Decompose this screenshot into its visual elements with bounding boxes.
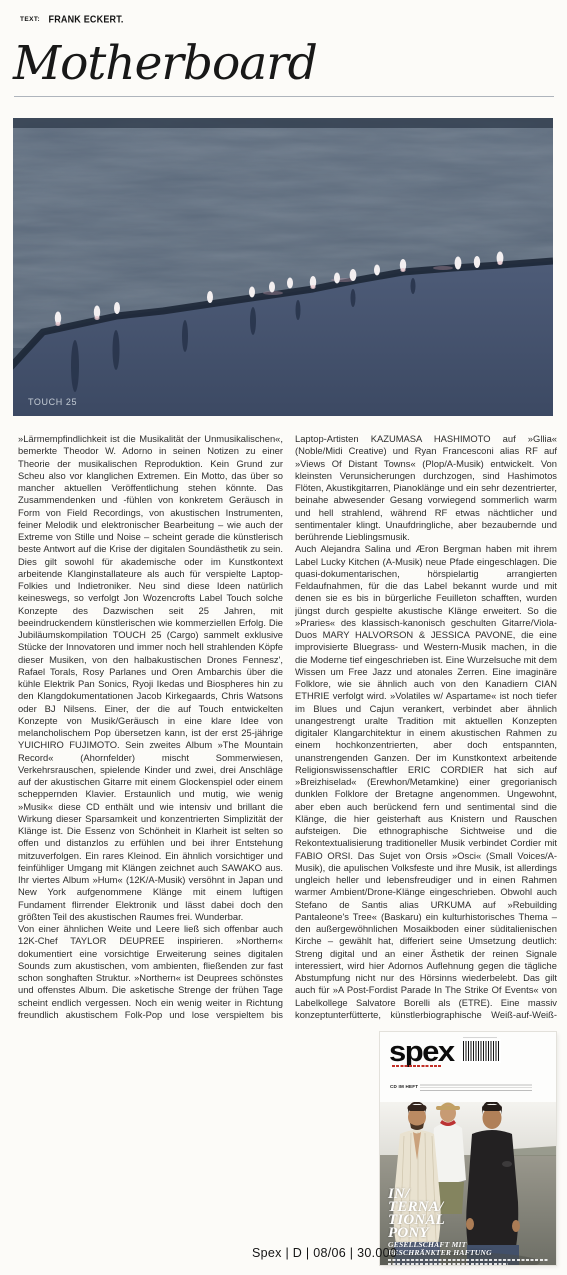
spex-tagline-decoration <box>392 1065 442 1067</box>
page-title: Motherboard <box>13 36 317 91</box>
photo-caption: TOUCH 25 <box>28 397 77 407</box>
article-column-right: Laptop-Artisten KAZUMASA HASHIMOTO auf »… <box>295 433 557 1021</box>
article-column-left: »Lärmempfindlichkeit ist die Musikalität… <box>18 433 283 1021</box>
paragraph: Auch Alejandra Salina und Æron Bergman h… <box>295 543 557 1021</box>
byline-label: TEXT: <box>20 16 40 23</box>
spex-cover: spex CD IM HEFT <box>380 1032 556 1265</box>
header-divider <box>14 96 554 97</box>
cover-artist-list-decoration <box>388 1259 548 1261</box>
cover-subtitle: GESELLSCHAFT MIT BESCHRÄNKTER HAFTUNG <box>388 1241 492 1258</box>
cover-title: IN/ TERNA/ TIONAL PONY <box>388 1188 445 1240</box>
byline: TEXT: FRANK ECKERT. <box>20 9 124 27</box>
byline-author: FRANK ECKERT. <box>49 14 124 25</box>
issue-caption: Spex | D | 08/06 | 30.000 <box>252 1246 397 1260</box>
barcode-caption-decoration <box>463 1035 497 1040</box>
cover-title-line: PONY <box>388 1227 445 1240</box>
spex-logo: spex <box>389 1035 454 1068</box>
water-birds-illustration <box>13 118 553 416</box>
magazine-page: TEXT: FRANK ECKERT. Motherboard <box>0 0 567 1275</box>
paragraph: Laptop-Artisten KAZUMASA HASHIMOTO auf »… <box>295 433 557 543</box>
cd-note-smallprint-decoration <box>420 1083 532 1091</box>
barcode <box>463 1041 499 1061</box>
paragraph: Von einer ähnlichen Weite und Leere ließ… <box>18 923 283 1021</box>
cover-subtitle-line: BESCHRÄNKTER HAFTUNG <box>388 1249 492 1257</box>
paragraph: »Lärmempfindlichkeit ist die Musikalität… <box>18 433 283 923</box>
cd-note: CD IM HEFT <box>390 1084 418 1089</box>
touch25-photo: TOUCH 25 <box>13 118 553 416</box>
cover-artist-list-decoration <box>388 1263 508 1265</box>
